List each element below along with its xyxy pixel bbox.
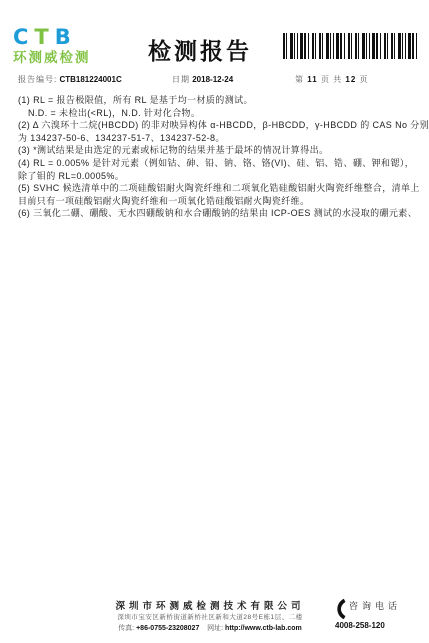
report-number-value: CTB181224001C	[59, 75, 121, 84]
note-line: 目前只有一项硅酸铝耐火陶瓷纤维和一项氧化锆硅酸铝耐火陶瓷纤维。	[18, 195, 414, 208]
report-number: 报告编号: CTB181224001C	[18, 74, 122, 85]
page-total: 12	[345, 75, 356, 84]
report-date: 日期 2018-12-24	[172, 74, 233, 85]
barcode	[283, 33, 420, 59]
report-date-label: 日期	[172, 75, 190, 84]
company-address: 深圳市宝安区新桥街道新桥社区新和大道28号E栋1层、二楼	[60, 612, 360, 621]
company-contact: 传真: +86-0755-23208027 网址: http://www.ctb…	[60, 623, 360, 633]
report-number-label: 报告编号:	[18, 75, 57, 84]
hotline-label: 咨询电话	[349, 598, 401, 612]
page-current: 11	[307, 75, 317, 84]
page-indicator: 第 11 页 共 12 页	[295, 74, 369, 85]
note-line: (6) 三氧化二硼、硼酸、无水四硼酸钠和水合硼酸钠的结果由 ICP-OES 测试…	[18, 207, 414, 220]
note-line: (2) Δ 六溴环十二烷(HBCDD) 的非对映异构体 α-HBCDD，β-HB…	[18, 119, 414, 132]
company-name: 深圳市环测威检测技术有限公司	[60, 598, 360, 612]
page-mid: 页 共	[321, 75, 342, 84]
report-date-value: 2018-12-24	[192, 75, 233, 84]
ctb-logo: CTB 环测威检测	[13, 27, 91, 65]
note-line: (4) RL = 0.005% 是针对元素（例如钴、砷、铅、钠、铬、铬(VI)、…	[18, 157, 414, 170]
hotline-number: 4008-258-120	[335, 621, 423, 630]
fax-label: 传真:	[118, 625, 134, 632]
note-line: 除了钼的 RL=0.0005%。	[18, 170, 414, 183]
website-label: 网址:	[207, 625, 223, 632]
fax-number: +86-0755-23208027	[136, 625, 199, 632]
note-line: (1) RL = 报告极限值，所有 RL 是基于均一材质的测试。	[18, 94, 414, 107]
note-line: 为 134237-50-6、134237-51-7、134237-52-8。	[18, 132, 414, 145]
logo-subtitle: 环测威检测	[13, 51, 91, 65]
note-line: (5) SVHC 候选清单中的二项硅酸铝耐火陶瓷纤维和二项氧化锆硅酸铝耐火陶瓷纤…	[18, 182, 414, 195]
logo-letter-c: C	[13, 25, 34, 49]
page-prefix: 第	[295, 75, 304, 84]
logo-letters: CTB	[13, 27, 91, 48]
note-line: N.D. = 未检出(<RL)，N.D. 针对化合物。	[18, 107, 414, 120]
page-suffix: 页	[360, 75, 369, 84]
remarks-section: (1) RL = 报告极限值，所有 RL 是基于均一材质的测试。 N.D. = …	[18, 94, 414, 220]
website-url: http://www.ctb-lab.com	[225, 625, 302, 632]
logo-letter-b: B	[55, 25, 77, 49]
logo-letter-t: T	[34, 25, 54, 49]
hotline-block: 咨询电话 4008-258-120	[333, 598, 423, 630]
note-line: (3) *测试结果是由选定的元素或标记物的结果并基于最坏的情况计算得出。	[18, 144, 414, 157]
report-page: CTB 环测威检测 检测报告 报告编号: CTB181224001C 日期 20…	[0, 0, 429, 643]
page-title: 检测报告	[140, 33, 260, 66]
